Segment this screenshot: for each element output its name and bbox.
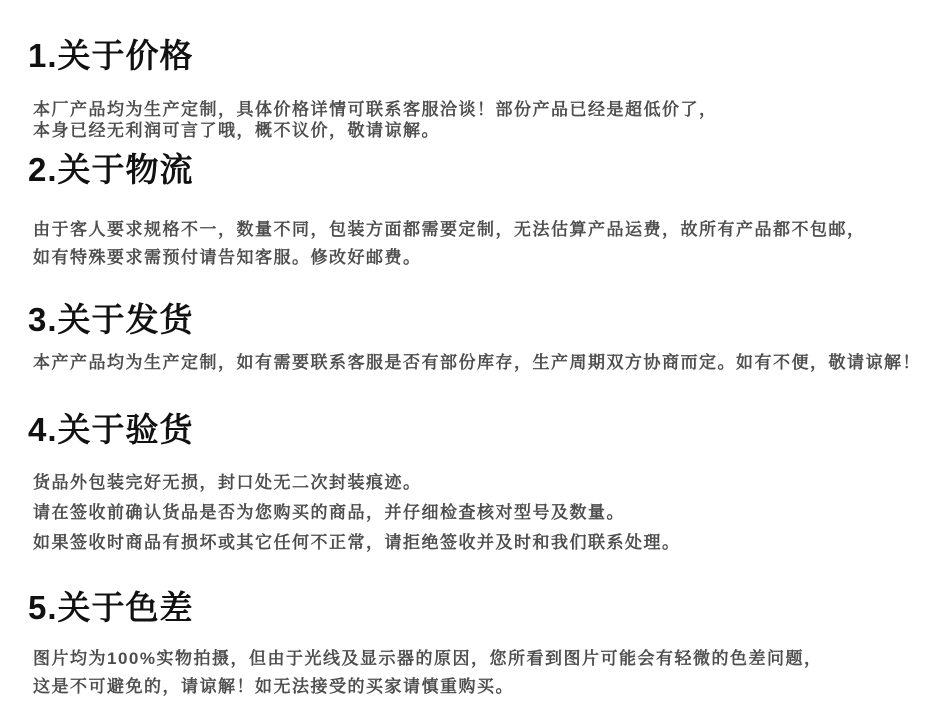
section-inspection: 4.关于验货 货品外包装完好无损，封口处无二次封装痕迹。 请在签收前确认货品是否… xyxy=(28,410,934,558)
section-price-line: 本厂产品均为生产定制，具体价格详情可联系客服洽谈！部份产品已经是超低价了， xyxy=(33,99,934,120)
section-price: 1.关于价格 本厂产品均为生产定制，具体价格详情可联系客服洽谈！部份产品已经是超… xyxy=(28,36,934,141)
section-price-line: 本身已经无利润可言了哦，概不议价，敬请谅解。 xyxy=(33,120,934,141)
section-color-difference-line: 这是不可避免的，请谅解！如无法接受的买家请慎重购买。 xyxy=(33,673,934,701)
section-inspection-heading: 4.关于验货 xyxy=(28,410,934,450)
product-notice-page: 1.关于价格 本厂产品均为生产定制，具体价格详情可联系客服洽谈！部份产品已经是超… xyxy=(0,0,934,711)
section-logistics-heading: 2.关于物流 xyxy=(28,150,934,190)
section-color-difference: 5.关于色差 图片均为100%实物拍摄，但由于光线及显示器的原因，您所看到图片可… xyxy=(28,588,934,701)
section-shipping-heading: 3.关于发货 xyxy=(28,300,934,340)
section-price-heading: 1.关于价格 xyxy=(28,36,934,76)
section-inspection-line: 货品外包装完好无损，封口处无二次封装痕迹。 xyxy=(33,468,934,498)
section-logistics-line: 由于客人要求规格不一，数量不同，包装方面都需要定制，无法估算产品运费，故所有产品… xyxy=(33,216,934,244)
section-color-difference-heading: 5.关于色差 xyxy=(28,588,934,628)
section-inspection-line: 如果签收时商品有损坏或其它任何不正常，请拒绝签收并及时和我们联系处理。 xyxy=(33,528,934,558)
section-logistics: 2.关于物流 由于客人要求规格不一，数量不同，包装方面都需要定制，无法估算产品运… xyxy=(28,150,934,272)
section-logistics-line: 如有特殊要求需预付请告知客服。修改好邮费。 xyxy=(33,244,934,272)
section-shipping: 3.关于发货 本产产品均为生产定制，如有需要联系客服是否有部份库存，生产周期双方… xyxy=(28,300,934,375)
section-inspection-line: 请在签收前确认货品是否为您购买的商品，并仔细检查核对型号及数量。 xyxy=(33,498,934,528)
section-color-difference-line: 图片均为100%实物拍摄，但由于光线及显示器的原因，您所看到图片可能会有轻微的色… xyxy=(33,645,934,673)
section-shipping-line: 本产产品均为生产定制，如有需要联系客服是否有部份库存，生产周期双方协商而定。如有… xyxy=(33,351,934,375)
